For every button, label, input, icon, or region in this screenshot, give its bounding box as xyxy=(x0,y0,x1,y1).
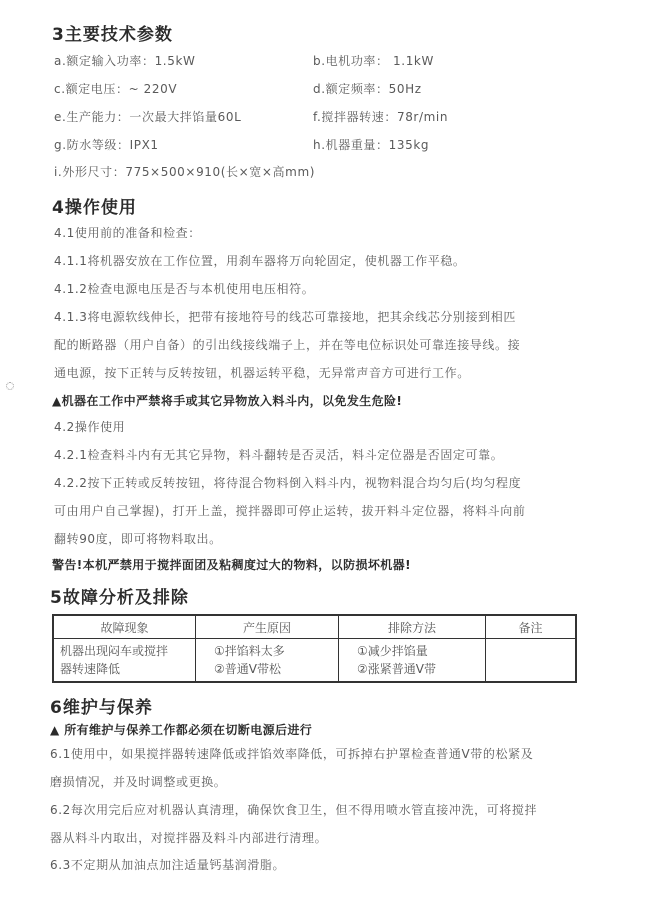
spec-a: a.额定输入功率：1.5kW xyxy=(54,52,195,69)
spec-i: i.外形尺寸：775×500×910(长×宽×高mm) xyxy=(54,163,315,180)
spec-b: b.电机功率： 1.1kW xyxy=(313,52,434,69)
cell-symptom: 机器出现闷车或搅拌 器转速降低 xyxy=(53,639,196,683)
text-line: 4.1.1将机器安放在工作位置，用刹车器将万向轮固定，使机器工作平稳。 xyxy=(54,252,466,269)
text-line: 4.2操作使用 xyxy=(54,418,125,435)
text-line: 4.1使用前的准备和检查： xyxy=(54,224,201,241)
text-line: 4.1.3将电源软线伸长，把带有接地符号的线芯可靠接地，把其余线芯分别接到相匹 xyxy=(54,308,516,325)
text-line: 翻转90度，即可将物料取出。 xyxy=(54,530,222,547)
spec-f: f.搅拌器转速：78r/min xyxy=(313,108,448,125)
text-line: 4.2.2按下正转或反转按钮，将待混合物料倒入料斗内，视物料混合均匀后(均匀程度 xyxy=(54,474,521,491)
header-symptom: 故障现象 xyxy=(53,615,196,639)
spec-d: d.额定频率：50Hz xyxy=(313,80,422,97)
text-line: 通电源，按下正转与反转按钮，机器运转平稳，无异常声音方可进行工作。 xyxy=(54,364,470,381)
cell-remedy: ①减少拌馅量 ②涨紧普通V带 xyxy=(339,639,486,683)
section-4-title: 4操作使用 xyxy=(52,193,137,218)
warning-dough: 警告!本机严禁用于搅拌面团及粘稠度过大的物料，以防损坏机器! xyxy=(52,556,411,573)
header-remedy: 排除方法 xyxy=(339,615,486,639)
section-5-title: 5故障分析及排除 xyxy=(50,583,189,608)
text-line: 6.2每次用完后应对机器认真清理，确保饮食卫生，但不得用喷水管直接冲洗，可将搅拌 xyxy=(50,801,537,818)
text-line: 磨损情况，并及时调整或更换。 xyxy=(50,773,226,790)
spec-h: h.机器重量：135kg xyxy=(313,136,429,153)
text-line: 可由用户自己掌握)，打开上盖，搅拌器即可停止运转，拔开料斗定位器，将料斗向前 xyxy=(54,502,526,519)
section-6-title: 6维护与保养 xyxy=(50,693,153,718)
text-line: 6.1使用中，如果搅拌器转速降低或拌馅效率降低，可拆掉右护罩检查普通V带的松紧及 xyxy=(50,745,533,762)
fault-table: 故障现象 产生原因 排除方法 备注 机器出现闷车或搅拌 器转速降低 ①拌馅料太多… xyxy=(52,614,577,683)
header-cause: 产生原因 xyxy=(196,615,339,639)
table-row: 机器出现闷车或搅拌 器转速降低 ①拌馅料太多 ②普通V带松 ①减少拌馅量 ②涨紧… xyxy=(53,639,576,683)
text-line: 6.3不定期从加油点加注适量钙基润滑脂。 xyxy=(50,856,285,873)
text-line: 4.2.1检查料斗内有无其它异物，料斗翻转是否灵活，料斗定位器是否固定可靠。 xyxy=(54,446,503,463)
spec-c: c.额定电压：~ 220V xyxy=(54,80,177,97)
warning-power-off: ▲ 所有维护与保养工作都必须在切断电源后进行 xyxy=(50,721,312,738)
warning-hand-hopper: ▲机器在工作中严禁将手或其它异物放入料斗内，以免发生危险! xyxy=(52,392,402,409)
spec-g: g.防水等级：IPX1 xyxy=(54,136,159,153)
scan-speck xyxy=(6,382,14,390)
fault-table-header: 故障现象 产生原因 排除方法 备注 xyxy=(53,615,576,639)
section-3-title: 3主要技术参数 xyxy=(52,20,173,45)
text-line: 器从料斗内取出，对搅拌器及料斗内部进行清理。 xyxy=(50,829,327,846)
spec-e: e.生产能力：一次最大拌馅量60L xyxy=(54,108,241,125)
text-line: 4.1.2检查电源电压是否与本机使用电压相符。 xyxy=(54,280,314,297)
cell-note xyxy=(486,639,577,683)
text-line: 配的断路器（用户自备）的引出线接线端子上，并在等电位标识处可靠连接导线。接 xyxy=(54,336,520,353)
header-note: 备注 xyxy=(486,615,577,639)
cell-cause: ①拌馅料太多 ②普通V带松 xyxy=(196,639,339,683)
